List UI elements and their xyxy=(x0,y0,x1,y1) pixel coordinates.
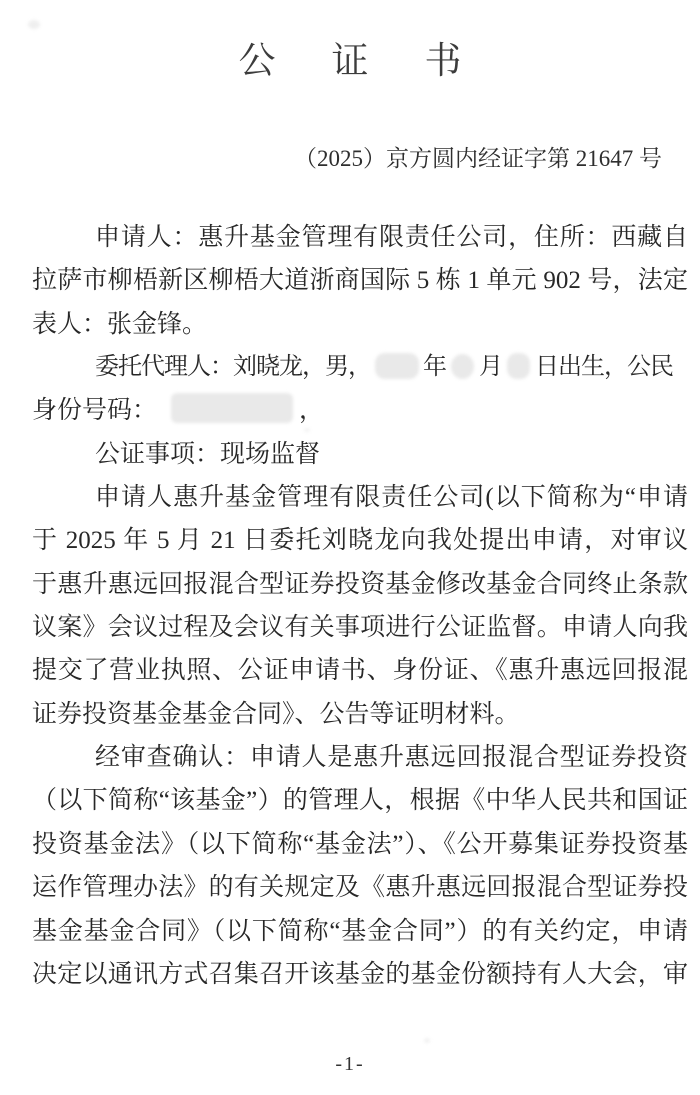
text-line: 于 2025 年 5 月 21 日委托刘晓龙向我处提出申请，对审议《关 xyxy=(32,519,688,562)
year-label: 年 xyxy=(423,354,446,380)
text-line: 于惠升惠远回报混合型证券投资基金修改基金合同终止条款的 xyxy=(32,563,688,606)
document-number: （2025）京方圆内经证字第 21647 号 xyxy=(294,140,662,173)
agent-text: 委托代理人：刘晓龙，男， xyxy=(95,354,371,380)
redacted-birth-month xyxy=(451,354,474,379)
text-line: 提交了营业执照、公证申请书、身份证、《惠升惠远回报混合型 xyxy=(32,649,688,692)
scan-artifact xyxy=(28,20,40,29)
text-line: 经审查确认：申请人是惠升惠远回报混合型证券投资基金 xyxy=(32,736,688,779)
text-line: 申请人：惠升基金管理有限责任公司，住所：西藏自治区 xyxy=(32,216,688,259)
id-comma: ， xyxy=(299,397,324,424)
text-line-agent: 委托代理人：刘晓龙，男，年月日出生，公民 xyxy=(32,346,688,389)
text-line: （以下简称“该基金”）的管理人，根据《中华人民共和国证券 xyxy=(32,779,688,822)
redacted-birth-day xyxy=(507,353,530,379)
scan-artifact xyxy=(424,1038,430,1043)
id-label: 身份号码： xyxy=(32,397,157,424)
text-line: 议案》会议过程及会议有关事项进行公证监督。申请人向我处 xyxy=(32,606,688,649)
text-line: 决定以通讯方式召集召开该基金的基金份额持有人大会，审议 xyxy=(32,953,688,996)
document-body: 申请人：惠升基金管理有限责任公司，住所：西藏自治区 拉萨市柳梧新区柳梧大道浙商国… xyxy=(32,216,688,996)
redacted-birth-year xyxy=(375,353,419,379)
text-line: 投资基金法》（以下简称“基金法”）、《公开募集证券投资基金 xyxy=(32,823,688,866)
text-line: 证券投资基金基金合同》、公告等证明材料。 xyxy=(32,693,688,736)
text-line-id-number: 身份号码：， xyxy=(32,389,688,432)
text-line: 运作管理办法》的有关规定及《惠升惠远回报混合型证券投资 xyxy=(32,866,688,909)
text-line: 公证事项：现场监督 xyxy=(32,433,688,476)
text-line: 基金基金合同》（以下简称“基金合同”）的有关约定，申请人 xyxy=(32,910,688,953)
text-line: 拉萨市柳梧新区柳梧大道浙商国际 5 栋 1 单元 902 号，法定代 xyxy=(32,259,688,302)
page-number: -1- xyxy=(0,1053,700,1076)
document-title: 公证书 xyxy=(0,30,700,84)
birth-text: 日出生，公民 xyxy=(535,354,673,380)
redacted-id-number xyxy=(171,393,293,423)
text-line: 申请人惠升基金管理有限责任公司(以下简称为“申请人”) xyxy=(32,476,688,519)
text-line: 表人：张金锋。 xyxy=(32,303,688,346)
month-label: 月 xyxy=(479,354,502,380)
notary-certificate-page: 公证书 （2025）京方圆内经证字第 21647 号 申请人：惠升基金管理有限责… xyxy=(0,0,700,1095)
